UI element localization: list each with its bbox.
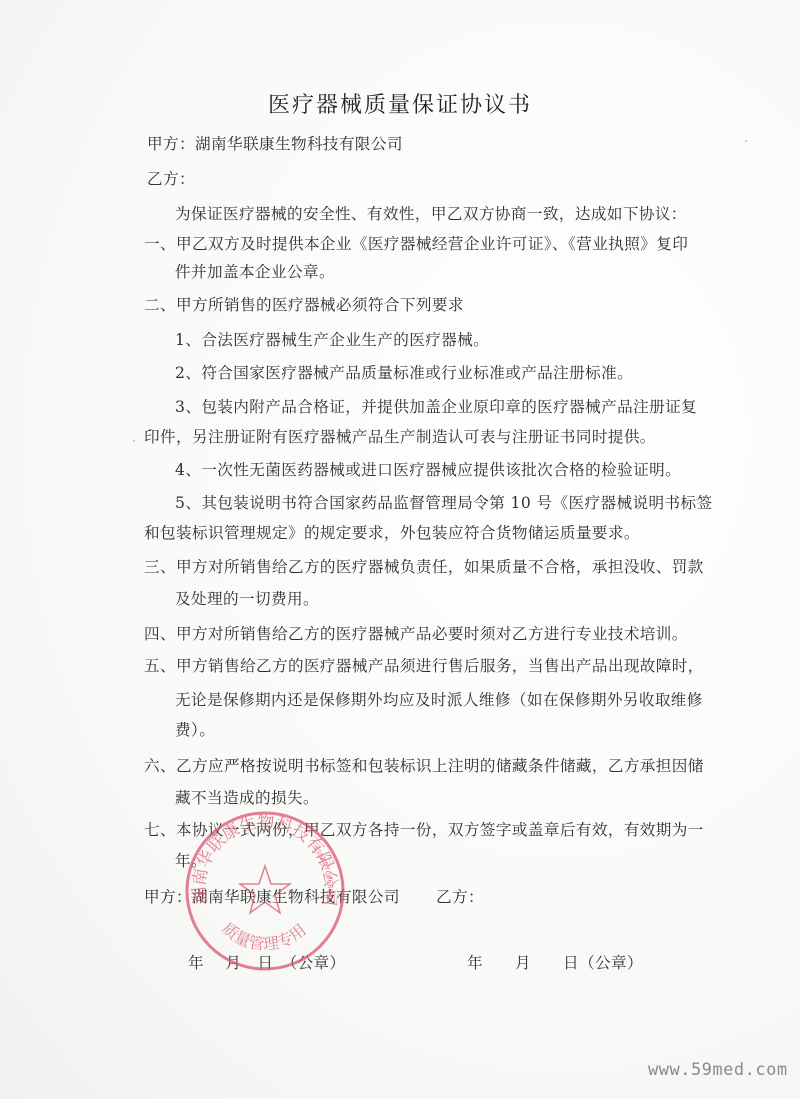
- subitem-4: 4、一次性无菌医药器械或进口医疗器械应提供该批次合格的检验证明。: [175, 460, 681, 480]
- clause-7-line-2: 年。: [175, 851, 207, 871]
- party-b-line: 乙方：: [147, 169, 195, 189]
- clause-5-line-3: 费）。: [175, 720, 215, 740]
- clause-4-line-1: 四、甲方对所销售给乙方的医疗器械产品必要时须对乙方进行专业技术培训。: [144, 624, 688, 644]
- subitem-1: 1、合法医疗器械生产企业生产的医疗器械。: [175, 330, 489, 350]
- clause-6-line-1: 六、乙方应严格按说明书标签和包装标识上注明的储藏条件储藏，乙方承担因储: [144, 756, 704, 776]
- party-a-date-seal: 年 月 日 （公章）: [188, 953, 346, 973]
- party-b-date-seal: 年 月 日（公章）: [467, 953, 643, 973]
- clause-1-line-2: 件并加盖本企业公章。: [175, 262, 335, 282]
- subitem-2: 2、符合国家医疗器械产品质量标准或行业标准或产品注册标准。: [175, 363, 633, 383]
- clause-3-line-1: 三、甲方对所销售给乙方的医疗器械负责任，如果质量不合格，承担没收、罚款: [144, 557, 704, 577]
- clause-3-line-2: 及处理的一切费用。: [175, 589, 319, 609]
- document-title: 医疗器械质量保证协议书: [0, 88, 800, 119]
- document-page: 医疗器械质量保证协议书 甲方：湖南华联康生物科技有限公司 乙方： 为保证医疗器械…: [0, 0, 800, 1099]
- signature-party-b: 乙方：: [436, 887, 484, 907]
- clause-5-line-2: 无论是保修期内还是保修期外均应及时派人维修（如在保修期外另收取维修: [175, 690, 703, 710]
- signature-party-a: 甲方：湖南华联康生物科技有限公司: [144, 887, 400, 907]
- subitem-5-line-1: 5、其包装说明书符合国家药品监督管理局令第 10 号《医疗器械说明书标签: [175, 493, 712, 513]
- site-watermark: www.59med.com: [648, 1060, 788, 1080]
- clause-2-line-1: 二、甲方所销售的医疗器械必须符合下列要求: [144, 295, 464, 315]
- subitem-3-line-1: 3、包装内附产品合格证，并提供加盖企业原印章的医疗器械产品注册证复: [175, 397, 697, 417]
- clause-7-line-1: 七、本协议一式两份，甲乙双方各持一份，双方签字或盖章后有效，有效期为一: [144, 820, 704, 840]
- clause-5-line-1: 五、甲方销售给乙方的医疗器械产品须进行售后服务，当售出产品出现故障时，: [144, 656, 704, 676]
- intro-paragraph: 为保证医疗器械的安全性、有效性，甲乙双方协商一致，达成如下协议：: [175, 204, 687, 224]
- subitem-5-line-2: 和包装标识管理规定》的规定要求，外包装应符合货物储运质量要求。: [144, 523, 640, 543]
- scan-speck: [133, 440, 135, 442]
- party-a-line: 甲方：湖南华联康生物科技有限公司: [147, 134, 403, 154]
- subitem-3-line-2: 印件，另注册证附有医疗器械产品生产制造认可表与注册证书同时提供。: [144, 427, 656, 447]
- clause-6-line-2: 藏不当造成的损失。: [175, 788, 319, 808]
- scan-speck: [745, 140, 747, 142]
- clause-1-line-1: 一、甲乙双方及时提供本企业《医疗器械经营企业许可证》、《营业执照》复印: [144, 234, 688, 254]
